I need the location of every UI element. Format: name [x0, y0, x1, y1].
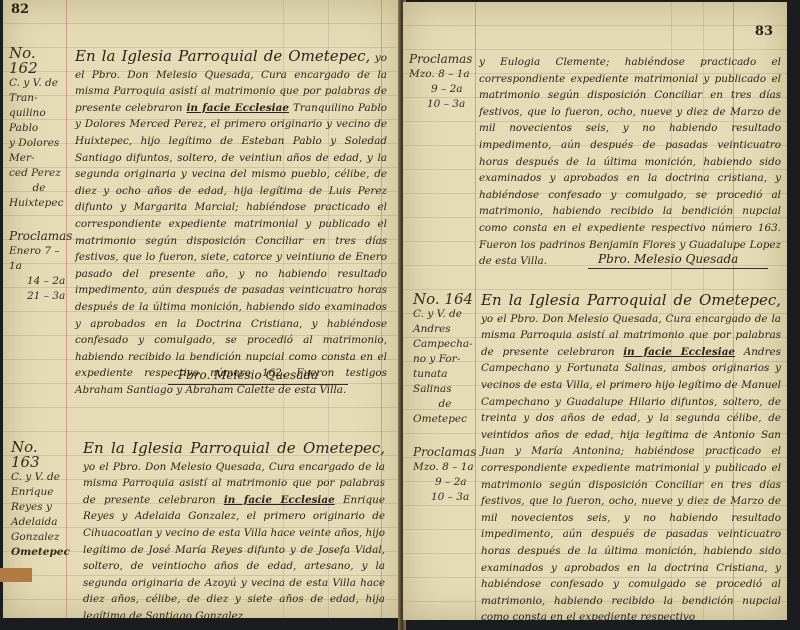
entry-number: No. 163: [11, 440, 69, 470]
margin-line: ced Perez: [9, 166, 69, 181]
proclamas-date: Mzo. 8 – 1a: [409, 67, 475, 82]
proclamas-label: Proclamas: [409, 52, 475, 67]
margin-line: Enrique: [11, 485, 69, 500]
latin-phrase: in facie Ecclesiae: [623, 346, 735, 358]
margin-line: tunata: [413, 367, 477, 382]
entry-text: y Eulogia Clemente; habiéndose practicad…: [479, 56, 781, 267]
entry-lead: En la Iglesia Parroquial de Ometepec,: [83, 439, 385, 457]
continuation-body: y Eulogia Clemente; habiéndose practicad…: [479, 54, 781, 270]
margin-line: Reyes y: [11, 500, 69, 515]
margin-line: de: [9, 181, 69, 196]
margin-line: C. y V. de Tran-: [9, 76, 69, 106]
margin-line: y Dolores Mer-: [9, 136, 69, 166]
margin-line: quilino Pablo: [9, 106, 69, 136]
margin-line: C. y V. de: [413, 307, 477, 322]
margin-line: no y For-: [413, 352, 477, 367]
entry-body-162: En la Iglesia Parroquial de Ometepec, yo…: [75, 48, 387, 398]
margin-line: Salinas: [413, 382, 477, 397]
entry-text: Enrique Reyes y Adelaida Gonzalez, el pr…: [83, 494, 385, 622]
entry-lead: En la Iglesia Parroquial de Ometepec,: [481, 291, 781, 309]
entry-body-163: En la Iglesia Parroquial de Ometepec, yo…: [83, 440, 385, 625]
left-page: 82 No. 162 C. y V. de Tran- quilino Pabl…: [3, 0, 401, 618]
entry-body-164: En la Iglesia Parroquial de Ometepec, yo…: [481, 292, 781, 626]
continuation-margin: Proclamas Mzo. 8 – 1a 9 – 2a 10 – 3a: [409, 52, 475, 112]
margin-line: Adelaida: [11, 515, 69, 530]
margin-line: Huixtepec: [9, 196, 69, 211]
proclamas-date: Mzo. 8 – 1a: [413, 460, 477, 475]
entry-number: No. 164: [413, 292, 477, 307]
margin-line: Campecha-: [413, 337, 477, 352]
proclamas-date: 14 – 2a: [9, 274, 69, 289]
entry-text: Andres Campechano y Fortunata Salinas, a…: [481, 346, 781, 624]
latin-phrase: in facie Ecclesiae: [186, 102, 289, 114]
priest-signature: Pbro. Melesio Quesada: [168, 368, 348, 385]
margin-line: Andres: [413, 322, 477, 337]
entry-lead: En la Iglesia Parroquial de Ometepec,: [75, 47, 370, 65]
margin-line: Ometepec: [11, 545, 69, 560]
proclamas-date: 9 – 2a: [409, 82, 475, 97]
proclamas-date: Enero 7 – 1a: [9, 244, 69, 274]
proclamas-date: 9 – 2a: [413, 475, 477, 490]
priest-signature: Pbro. Melesio Quesada: [588, 252, 768, 269]
margin-line: Ometepec: [413, 412, 477, 427]
proclamas-date: 21 – 3a: [9, 289, 69, 304]
right-page: 83 Proclamas Mzo. 8 – 1a 9 – 2a 10 – 3a …: [403, 2, 787, 620]
page-number: 82: [11, 2, 29, 17]
proclamas-label: Proclamas: [413, 445, 477, 460]
entry-margin-162: No. 162 C. y V. de Tran- quilino Pablo y…: [9, 46, 69, 304]
margin-line: C. y V. de: [11, 470, 69, 485]
margin-line: Gonzalez: [11, 530, 69, 545]
entry-margin-164: No. 164 C. y V. de Andres Campecha- no y…: [413, 292, 477, 505]
proclamas-date: 10 – 3a: [413, 490, 477, 505]
margin-line: de: [413, 397, 477, 412]
entry-margin-163: No. 163 C. y V. de Enrique Reyes y Adela…: [11, 440, 69, 560]
entry-number: No. 162: [9, 46, 69, 76]
entry-text: Tranquilino Pablo y Dolores Merced Perez…: [75, 102, 387, 396]
latin-phrase: in facie Ecclesiae: [224, 494, 335, 506]
page-number: 83: [755, 24, 773, 39]
proclamas-label: Proclamas: [9, 229, 69, 244]
proclamas-date: 10 – 3a: [409, 97, 475, 112]
bookmark-ribbon: [0, 568, 32, 582]
